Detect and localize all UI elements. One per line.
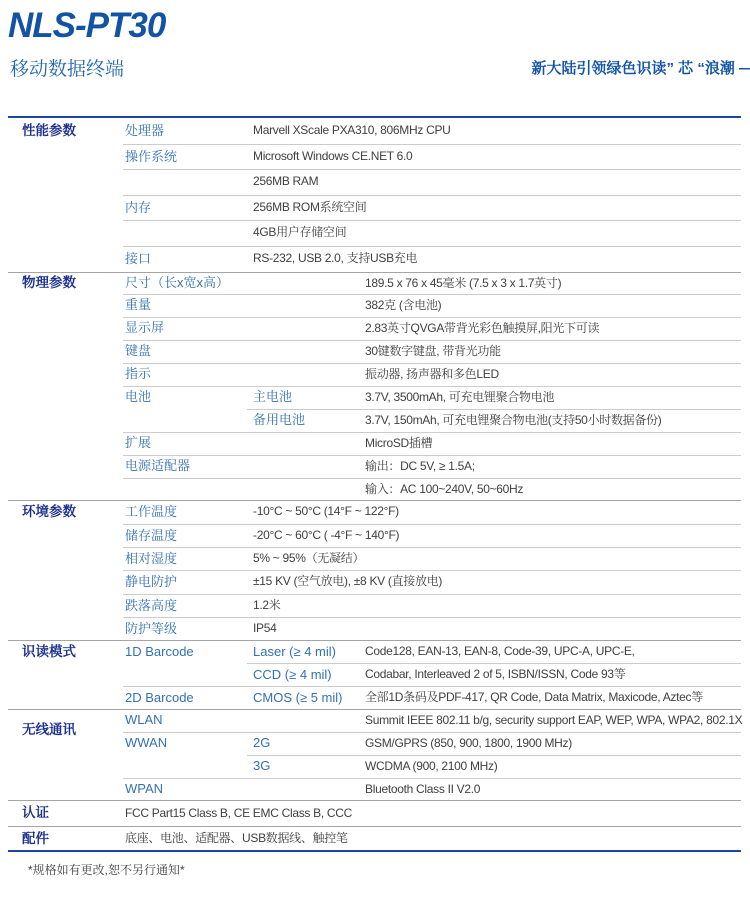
spec-row: CCD (≥ 4 mil)Codabar, Interleaved 2 of 5… — [0, 663, 750, 686]
spec-section: 环境参数工作温度-10°C ~ 50°C (14°F ~ 122°F)储存温度-… — [0, 500, 750, 640]
spec-row: 内存256MB ROM系统空间 — [0, 195, 750, 221]
datasheet-page: NLS-PT30 移动数据终端 新大陆引领绿色识读” 芯 “浪潮 — 性能参数处… — [0, 0, 750, 898]
spec-sublabel: 主电池 — [253, 386, 292, 409]
spec-label: 接口 — [125, 246, 151, 272]
spec-row: 处理器Marvell XScale PXA310, 806MHz CPU — [0, 118, 750, 144]
spec-row: 指示振动器, 扬声器和多色LED — [0, 363, 750, 386]
row-divider — [123, 195, 741, 196]
spec-value: Marvell XScale PXA310, 806MHz CPU — [253, 118, 451, 144]
spec-row: 接口RS-232, USB 2.0, 支持USB充电 — [0, 246, 750, 272]
spec-label: WLAN — [125, 709, 163, 732]
spec-row: 扩展MicroSD插槽 — [0, 432, 750, 455]
row-divider — [123, 169, 741, 170]
spec-value: 振动器, 扬声器和多色LED — [365, 363, 499, 386]
spec-value: 底座、电池、适配器、USB数据线、触控笔 — [125, 826, 348, 851]
spec-label: 操作系统 — [125, 144, 177, 170]
spec-label: 防护等级 — [125, 617, 177, 640]
spec-row: 备用电池3.7V, 150mAh, 可充电锂聚合物电池(支持50小时数据备份) — [0, 409, 750, 432]
spec-label: 扩展 — [125, 432, 151, 455]
spec-row: 3GWCDMA (900, 2100 MHz) — [0, 755, 750, 778]
spec-label: 储存温度 — [125, 524, 177, 547]
spec-label: 相对湿度 — [125, 547, 177, 570]
spec-label: 重量 — [125, 294, 151, 317]
spec-sublabel: 2G — [253, 732, 270, 755]
spec-label: 静电防护 — [125, 570, 177, 593]
spec-value: RS-232, USB 2.0, 支持USB充电 — [253, 246, 417, 272]
spec-sublabel: 3G — [253, 755, 270, 778]
row-divider — [123, 524, 741, 525]
spec-value: -10°C ~ 50°C (14°F ~ 122°F) — [253, 500, 399, 523]
spec-row: 防护等级IP54 — [0, 617, 750, 640]
spec-value: 3.7V, 3500mAh, 可充电锂聚合物电池 — [365, 386, 554, 409]
spec-value: WCDMA (900, 2100 MHz) — [365, 755, 497, 778]
spec-row: 静电防护±15 KV (空气放电), ±8 KV (直接放电) — [0, 570, 750, 593]
spec-label: 显示屏 — [125, 317, 164, 340]
spec-value: GSM/GPRS (850, 900, 1800, 1900 MHz) — [365, 732, 572, 755]
spec-sublabel: Laser (≥ 4 mil) — [253, 640, 336, 663]
spec-row: 电源适配器输出：DC 5V, ≥ 1.5A; — [0, 455, 750, 478]
spec-section: 物理参数尺寸（长x宽x高）189.5 x 76 x 45毫米 (7.5 x 3 … — [0, 272, 750, 501]
spec-value: 256MB RAM — [253, 169, 318, 195]
spec-value: 189.5 x 76 x 45毫米 (7.5 x 3 x 1.7英寸) — [365, 272, 561, 295]
spec-row: 256MB RAM — [0, 169, 750, 195]
spec-row: 电池主电池3.7V, 3500mAh, 可充电锂聚合物电池 — [0, 386, 750, 409]
spec-row: 4GB用户存储空间 — [0, 220, 750, 246]
spec-row: 输入：AC 100~240V, 50~60Hz — [0, 478, 750, 501]
spec-row: 显示屏2.83英寸QVGA带背光彩色触摸屏,阳光下可读 — [0, 317, 750, 340]
spec-section: 认证FCC Part15 Class B, CE EMC Class B, CC… — [0, 800, 750, 826]
spec-label: 1D Barcode — [125, 640, 194, 663]
spec-label: WWAN — [125, 732, 167, 755]
product-subtitle: 移动数据终端 — [10, 54, 124, 81]
footer-rule — [8, 850, 741, 852]
spec-row: 底座、电池、适配器、USB数据线、触控笔 — [0, 826, 750, 851]
spec-row: 操作系统Microsoft Windows CE.NET 6.0 — [0, 144, 750, 170]
spec-row: WLANSummit IEEE 802.11 b/g, security sup… — [0, 709, 750, 732]
spec-row: 重量382克 (含电池) — [0, 294, 750, 317]
spec-label: 跌落高度 — [125, 594, 177, 617]
spec-value: 输出：DC 5V, ≥ 1.5A; — [365, 455, 475, 478]
spec-label: 2D Barcode — [125, 686, 194, 709]
spec-label: 电源适配器 — [125, 455, 190, 478]
spec-value: 3.7V, 150mAh, 可充电锂聚合物电池(支持50小时数据备份) — [365, 409, 661, 432]
spec-value: Bluetooth Class II V2.0 — [365, 778, 480, 801]
spec-label: 内存 — [125, 195, 151, 221]
spec-value: 4GB用户存储空间 — [253, 220, 346, 246]
spec-label: 电池 — [125, 386, 151, 409]
spec-value: Code128, EAN-13, EAN-8, Code-39, UPC-A, … — [365, 640, 635, 663]
spec-value: Codabar, Interleaved 2 of 5, ISBN/ISSN, … — [365, 663, 625, 686]
spec-sublabel: CMOS (≥ 5 mil) — [253, 686, 342, 709]
row-divider — [123, 547, 741, 548]
spec-label: 键盘 — [125, 340, 151, 363]
spec-sublabel: CCD (≥ 4 mil) — [253, 663, 332, 686]
spec-value: 256MB ROM系统空间 — [253, 195, 366, 221]
footnote: *规格如有更改,恕不另行通知* — [28, 861, 185, 878]
spec-row: WWAN2GGSM/GPRS (850, 900, 1800, 1900 MHz… — [0, 732, 750, 755]
brand-tagline: 新大陆引领绿色识读” 芯 “浪潮 — — [531, 57, 750, 78]
spec-value: 30键数字键盘, 带背光功能 — [365, 340, 501, 363]
row-divider — [123, 617, 741, 618]
spec-value: MicroSD插槽 — [365, 432, 432, 455]
row-divider — [123, 144, 741, 145]
spec-row: 键盘30键数字键盘, 带背光功能 — [0, 340, 750, 363]
spec-value: FCC Part15 Class B, CE EMC Class B, CCC — [125, 800, 352, 826]
spec-row: WPANBluetooth Class II V2.0 — [0, 778, 750, 801]
spec-row: 2D BarcodeCMOS (≥ 5 mil)全部1D条码及PDF-417, … — [0, 686, 750, 709]
spec-value: Summit IEEE 802.11 b/g, security support… — [365, 709, 742, 732]
spec-value: Microsoft Windows CE.NET 6.0 — [253, 144, 412, 170]
spec-row: FCC Part15 Class B, CE EMC Class B, CCC — [0, 800, 750, 826]
row-divider — [123, 594, 741, 595]
spec-label: 指示 — [125, 363, 151, 386]
spec-row: 工作温度-10°C ~ 50°C (14°F ~ 122°F) — [0, 500, 750, 523]
spec-row: 储存温度-20°C ~ 60°C ( -4°F ~ 140°F) — [0, 524, 750, 547]
row-divider — [123, 220, 741, 221]
spec-section: 配件底座、电池、适配器、USB数据线、触控笔 — [0, 826, 750, 851]
spec-table: 性能参数处理器Marvell XScale PXA310, 806MHz CPU… — [0, 118, 750, 851]
spec-label: WPAN — [125, 778, 163, 801]
spec-section: 无线通讯WLANSummit IEEE 802.11 b/g, security… — [0, 709, 750, 800]
spec-value: 5% ~ 95%（无凝结） — [253, 547, 364, 570]
spec-value: 1.2米 — [253, 594, 280, 617]
spec-value: IP54 — [253, 617, 277, 640]
spec-section: 性能参数处理器Marvell XScale PXA310, 806MHz CPU… — [0, 118, 750, 272]
spec-label: 处理器 — [125, 118, 164, 144]
spec-sublabel: 备用电池 — [253, 409, 305, 432]
spec-value: -20°C ~ 60°C ( -4°F ~ 140°F) — [253, 524, 399, 547]
spec-row: 1D BarcodeLaser (≥ 4 mil)Code128, EAN-13… — [0, 640, 750, 663]
spec-value: 全部1D条码及PDF-417, QR Code, Data Matrix, Ma… — [365, 686, 703, 709]
spec-section: 识读模式1D BarcodeLaser (≥ 4 mil)Code128, EA… — [0, 640, 750, 709]
spec-row: 尺寸（长x宽x高）189.5 x 76 x 45毫米 (7.5 x 3 x 1.… — [0, 272, 750, 295]
spec-label: 尺寸（长x宽x高） — [125, 272, 229, 295]
spec-value: 输入：AC 100~240V, 50~60Hz — [365, 478, 523, 501]
spec-label: 工作温度 — [125, 500, 177, 523]
spec-value: 2.83英寸QVGA带背光彩色触摸屏,阳光下可读 — [365, 317, 599, 340]
spec-value: 382克 (含电池) — [365, 294, 441, 317]
spec-value: ±15 KV (空气放电), ±8 KV (直接放电) — [253, 570, 442, 593]
spec-row: 跌落高度1.2米 — [0, 594, 750, 617]
row-divider — [123, 246, 741, 247]
product-title: NLS-PT30 — [8, 6, 165, 46]
spec-row: 相对湿度5% ~ 95%（无凝结） — [0, 547, 750, 570]
